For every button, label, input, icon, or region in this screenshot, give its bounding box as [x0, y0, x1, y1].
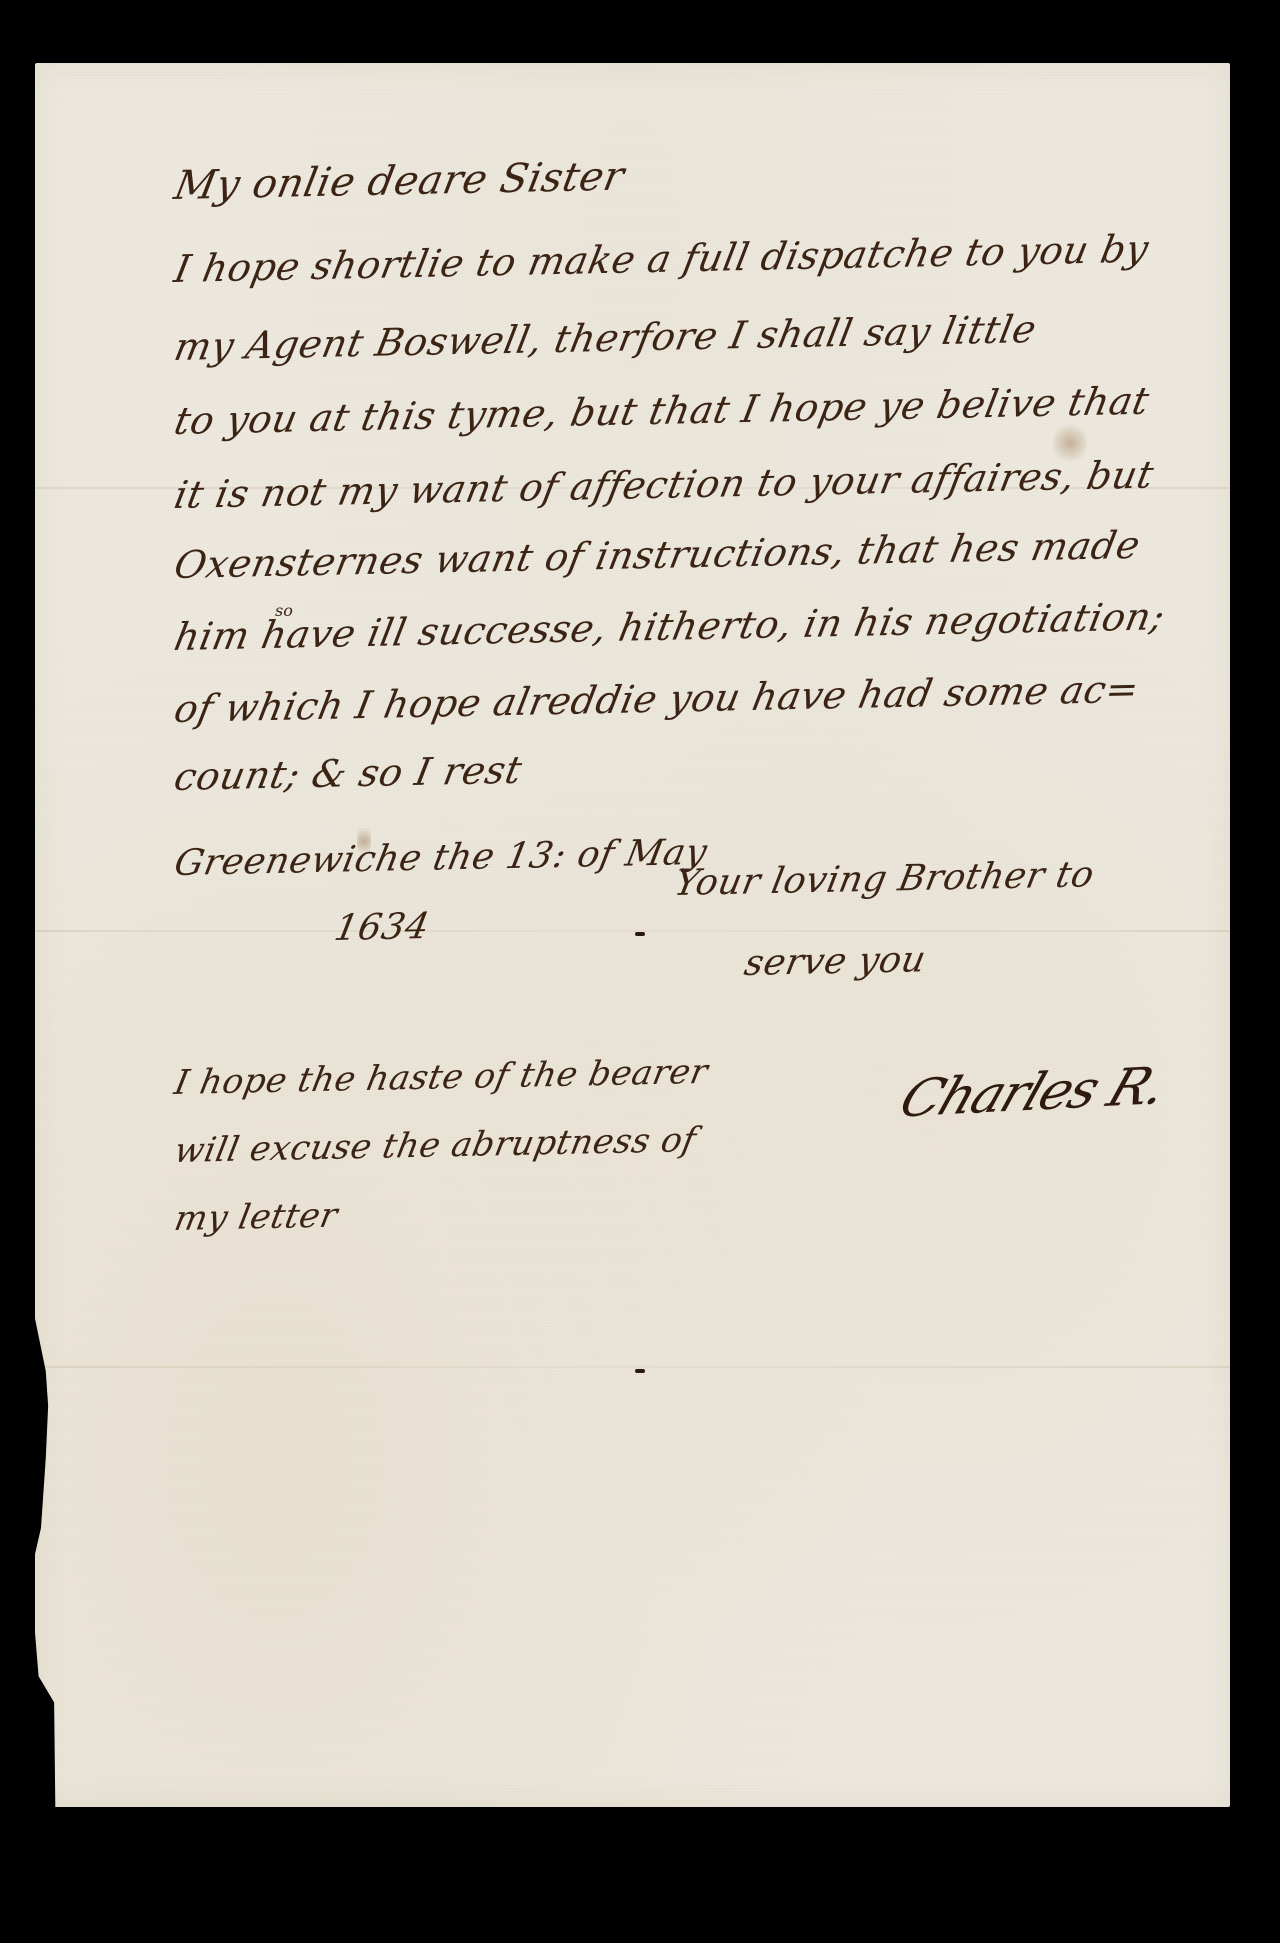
- fold-ink-mark-upper: [635, 932, 645, 936]
- fold-ink-mark-lower: [635, 1369, 645, 1373]
- fold-line-middle: [35, 930, 1230, 932]
- postscript-line: I hope the haste of the bearer: [171, 1052, 711, 1103]
- letter-body-line: it is not my want of affection to your a…: [171, 453, 1158, 517]
- place-date: Greenewiche the 13: of May: [171, 832, 710, 884]
- letter-body-line: to you at this tyme, but that I hope ye …: [171, 379, 1153, 443]
- fold-line-lower: [35, 1366, 1230, 1368]
- date-year: 1634: [331, 906, 433, 949]
- royal-signature: Charles R.: [892, 1056, 1174, 1129]
- letter-body-line: Oxensternes want of instructions, that h…: [171, 523, 1144, 587]
- closing-line: Your loving Brother to: [671, 854, 1098, 904]
- postscript-line: will excuse the abruptness of: [171, 1120, 699, 1171]
- letter-body-line: count; & so I rest: [171, 748, 526, 799]
- postscript-line: my letter: [171, 1196, 341, 1239]
- interlinear-insertion: so: [275, 601, 293, 620]
- letter-body-line: of which I hope alreddie you have had so…: [171, 667, 1143, 731]
- letter-salutation: My onlie deare Sister: [171, 154, 629, 209]
- letter-body-line: my Agent Boswell, therfore I shall say l…: [171, 307, 1040, 369]
- manuscript-page: My onlie deare Sister I hope shortlie to…: [35, 63, 1230, 1807]
- closing-line: serve you: [741, 939, 929, 984]
- letter-body-line: I hope shortlie to make a full dispatche…: [171, 227, 1153, 291]
- letter-body-line: him have ill successe, hitherto, in his …: [171, 594, 1169, 659]
